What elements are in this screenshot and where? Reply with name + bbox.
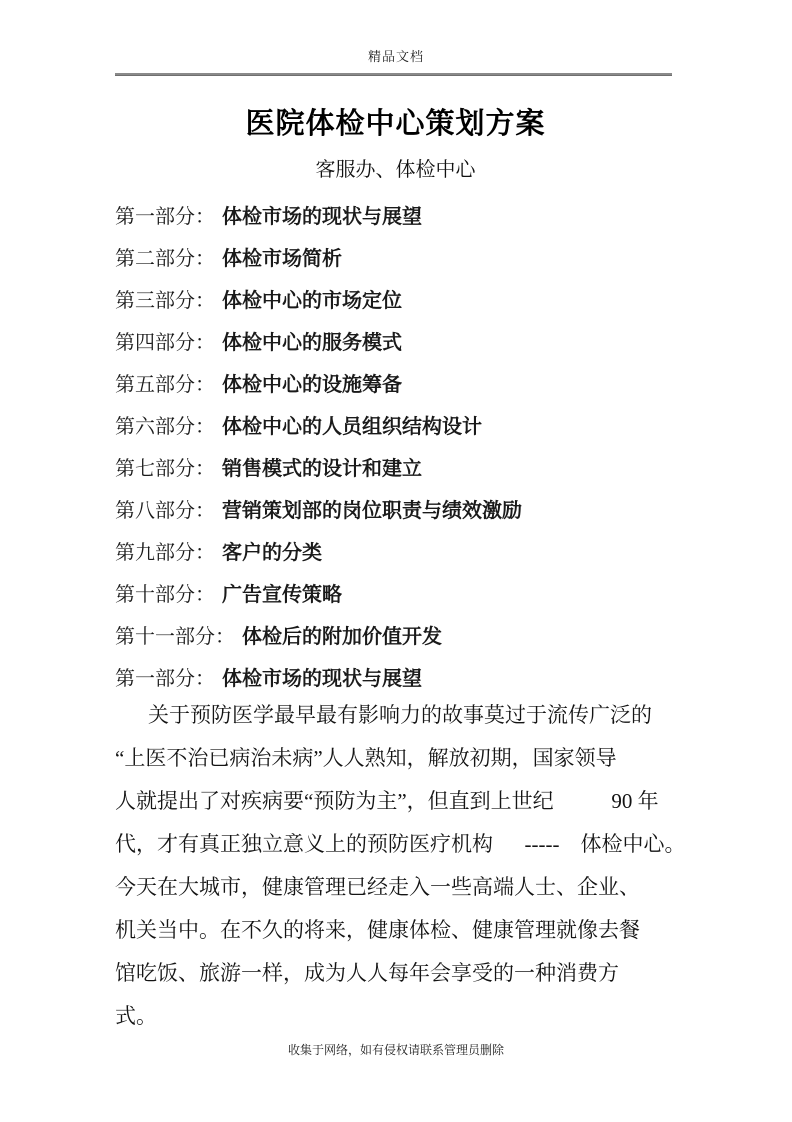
toc-item-label: 第七部分： xyxy=(115,458,215,480)
toc-item-title: 体检后的附加价值开发 xyxy=(242,626,442,648)
document-subtitle: 客服办、体检中心 xyxy=(115,153,676,182)
toc-item-title: 客户的分类 xyxy=(222,542,322,564)
body-line: 关于预防医学最早最有影响力的故事莫过于流传广泛的 xyxy=(115,694,681,737)
page-footer: 收集于网络，如有侵权请联系管理员删除 xyxy=(0,1041,792,1058)
toc-item: 第四部分：体检中心的服务模式 xyxy=(115,322,676,364)
toc-item-title: 体检中心的人员组织结构设计 xyxy=(222,416,482,438)
toc-item-label: 第一部分： xyxy=(115,668,215,690)
body-line: 机关当中。在不久的将来，健康体检、健康管理就像去餐 xyxy=(115,909,681,952)
toc-item-label: 第五部分： xyxy=(115,374,215,396)
toc-item-title: 销售模式的设计和建立 xyxy=(222,458,422,480)
body-line: 代，才有真正独立意义上的预防医疗机构 ----- 体检中心。 xyxy=(115,823,681,866)
body-line: “上医不治已病治未病”人人熟知，解放初期，国家领导 xyxy=(115,737,681,780)
toc-item-title: 体检中心的服务模式 xyxy=(222,332,402,354)
header-divider xyxy=(115,73,672,76)
toc-item: 第八部分：营销策划部的岗位职责与绩效激励 xyxy=(115,490,676,532)
toc-item: 第九部分：客户的分类 xyxy=(115,532,676,574)
toc-item: 第六部分：体检中心的人员组织结构设计 xyxy=(115,406,676,448)
toc-item-title: 体检市场的现状与展望 xyxy=(222,668,422,690)
body-line: 今天在大城市，健康管理已经走入一些高端人士、企业、 xyxy=(115,866,681,909)
toc-item-title: 体检市场简析 xyxy=(222,248,342,270)
toc-item: 第二部分：体检市场简析 xyxy=(115,238,676,280)
toc-item-label: 第十一部分： xyxy=(115,626,235,648)
document-title: 医院体检中心策划方案 xyxy=(115,101,676,142)
body-line: 馆吃饭、旅游一样，成为人人每年会享受的一种消费方 xyxy=(115,952,681,995)
toc-item-label: 第四部分： xyxy=(115,332,215,354)
toc-item: 第一部分：体检市场的现状与展望 xyxy=(115,196,676,238)
toc-item-label: 第二部分： xyxy=(115,248,215,270)
toc-item-label: 第八部分： xyxy=(115,500,215,522)
toc-item: 第七部分：销售模式的设计和建立 xyxy=(115,448,676,490)
toc-item-label: 第三部分： xyxy=(115,290,215,312)
body-line: 式。 xyxy=(115,995,681,1038)
header-text: 精品文档 xyxy=(368,49,424,64)
toc-item: 第十一部分：体检后的附加价值开发 xyxy=(115,616,676,658)
toc-item-label: 第十部分： xyxy=(115,584,215,606)
toc-item: 第三部分：体检中心的市场定位 xyxy=(115,280,676,322)
toc-item-title: 体检中心的市场定位 xyxy=(222,290,402,312)
footer-text: 收集于网络，如有侵权请联系管理员删除 xyxy=(288,1043,504,1057)
toc-item-title: 广告宣传策略 xyxy=(222,584,342,606)
toc-item-label: 第九部分： xyxy=(115,542,215,564)
page-header: 精品文档 xyxy=(0,46,792,65)
document-page: 精品文档 医院体检中心策划方案 客服办、体检中心 第一部分：体检市场的现状与展望… xyxy=(0,0,792,1122)
toc-item-label: 第一部分： xyxy=(115,206,215,228)
toc-item: 第五部分：体检中心的设施筹备 xyxy=(115,364,676,406)
toc-item-label: 第六部分： xyxy=(115,416,215,438)
body-line: 人就提出了对疾病要“预防为主”，但直到上世纪 90 年 xyxy=(115,780,681,823)
toc-list: 第一部分：体检市场的现状与展望 第二部分：体检市场简析 第三部分：体检中心的市场… xyxy=(115,196,676,700)
toc-item-title: 体检中心的设施筹备 xyxy=(222,374,402,396)
toc-item-title: 体检市场的现状与展望 xyxy=(222,206,422,228)
toc-item: 第十部分：广告宣传策略 xyxy=(115,574,676,616)
toc-item-title: 营销策划部的岗位职责与绩效激励 xyxy=(222,500,522,522)
body-paragraph: 关于预防医学最早最有影响力的故事莫过于流传广泛的 “上医不治已病治未病”人人熟知… xyxy=(115,694,681,1038)
